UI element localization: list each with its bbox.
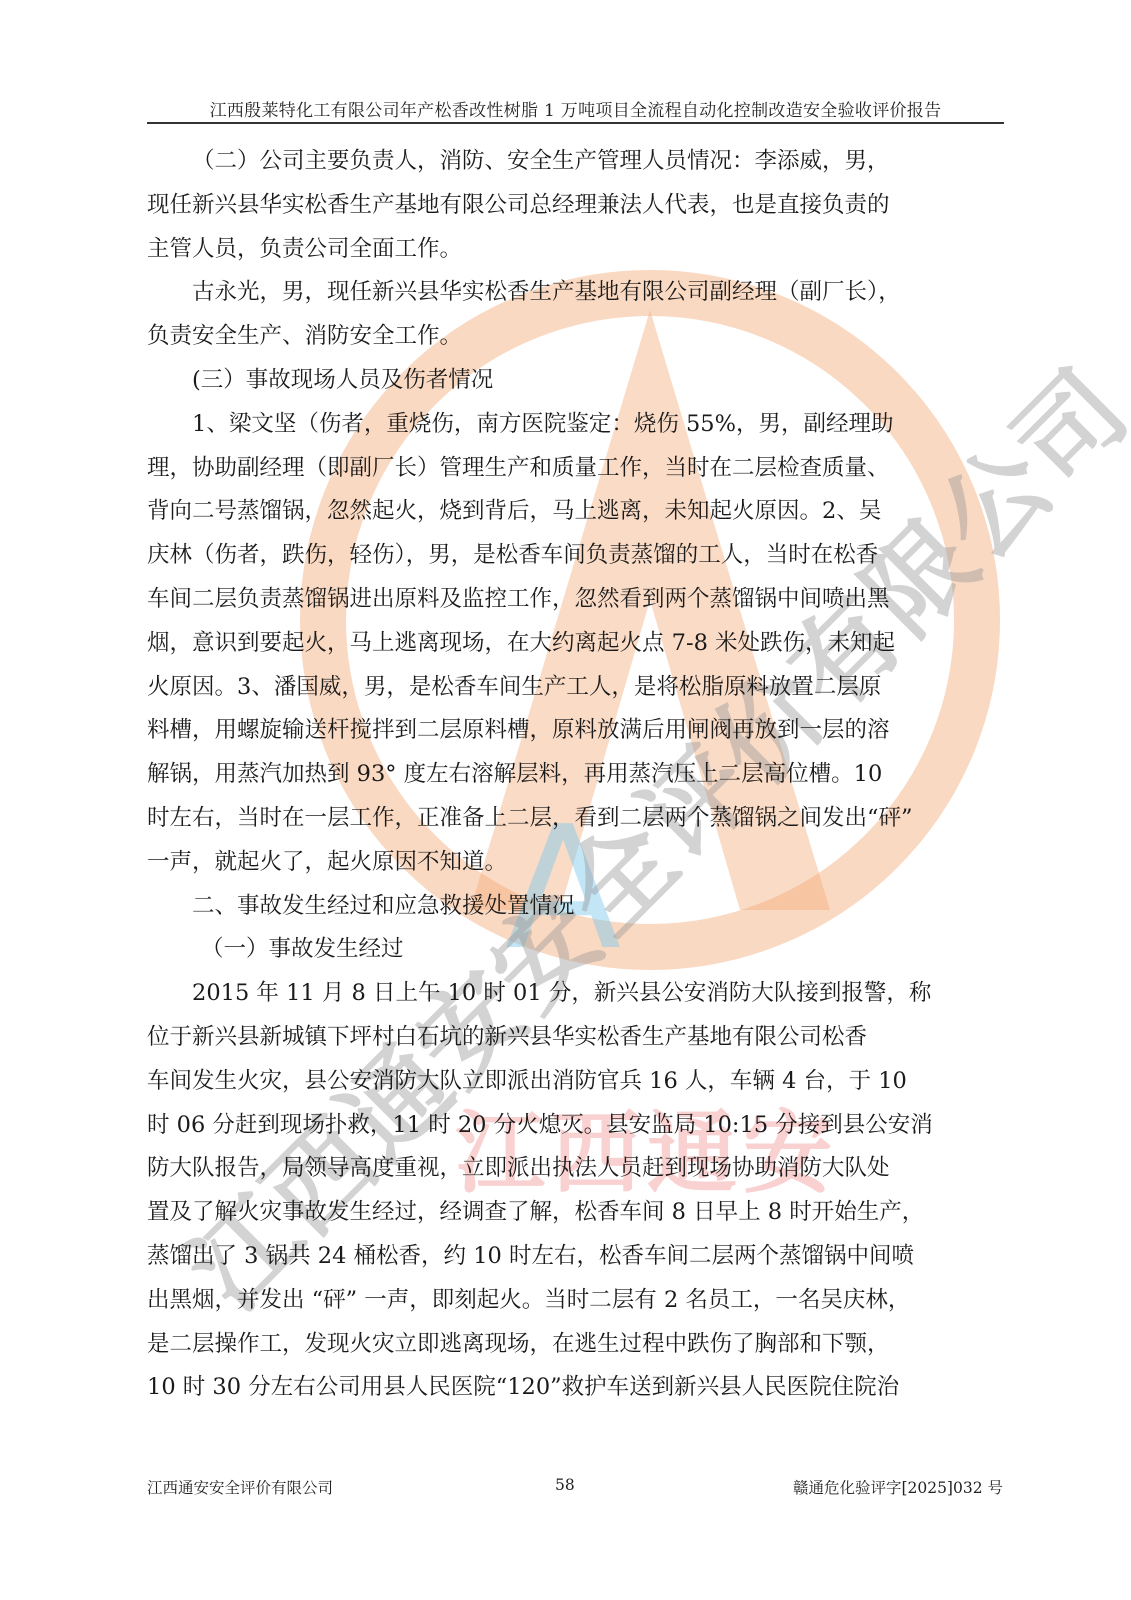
text-line: 10 时 30 分左右公司用县人民医院“120”救护车送到新兴县人民医院住院治 [147,1366,1004,1410]
text-line: 车间发生火灾，县公安消防大队立即派出消防官兵 16 人，车辆 4 台，于 10 [147,1060,1004,1104]
text-line: 二、事故发生经过和应急救援处置情况 [147,885,1004,929]
text-line: 出黑烟，并发出 “砰” 一声，即刻起火。当时二层有 2 名员工，一名吴庆林， [147,1279,1004,1323]
footer-doc-number: 赣通危化验评字[2025]032 号 [793,1476,1003,1498]
text-line: （二）公司主要负责人，消防、安全生产管理人员情况：李添威，男， [147,140,1004,184]
text-line: 位于新兴县新城镇下坪村白石坑的新兴县华实松香生产基地有限公司松香 [147,1016,1004,1060]
footer-page-number: 58 [555,1476,575,1494]
text-line: 2015 年 11 月 8 日上午 10 时 01 分，新兴县公安消防大队接到报… [147,972,1004,1016]
document-body: （二）公司主要负责人，消防、安全生产管理人员情况：李添威，男，现任新兴县华实松香… [147,140,1004,1410]
text-line: 一声，就起火了，起火原因不知道。 [147,841,1004,885]
text-line: （一）事故发生经过 [147,928,1004,972]
text-line: 理，协助副经理（即副厂长）管理生产和质量工作，当时在二层检查质量、 [147,447,1004,491]
header-divider [147,122,1004,124]
text-line: 背向二号蒸馏锅，忽然起火，烧到背后，马上逃离，未知起火原因。2、吴 [147,490,1004,534]
text-line: (三）事故现场人员及伤者情况 [147,359,1004,403]
text-line: 防大队报告，局领导高度重视，立即派出执法人员赶到现场协助消防大队处 [147,1147,1004,1191]
footer-company: 江西通安安全评价有限公司 [147,1476,333,1498]
text-line: 料槽，用螺旋输送杆搅拌到二层原料槽，原料放满后用闸阀再放到一层的溶 [147,709,1004,753]
text-line: 时 06 分赶到现场扑救，11 时 20 分火熄灭。县安监局 10:15 分接到… [147,1104,1004,1148]
text-line: 庆林（伤者，跌伤，轻伤），男，是松香车间负责蒸馏的工人，当时在松香 [147,534,1004,578]
text-line: 解锅，用蒸汽加热到 93° 度左右溶解层料，再用蒸汽压上二层高位槽。10 [147,753,1004,797]
text-line: 置及了解火灾事故发生经过，经调查了解，松香车间 8 日早上 8 时开始生产， [147,1191,1004,1235]
text-line: 1、梁文坚（伤者，重烧伤，南方医院鉴定：烧伤 55%，男，副经理助 [147,403,1004,447]
text-line: 主管人员，负责公司全面工作。 [147,228,1004,272]
text-line: 是二层操作工，发现火灾立即逃离现场，在逃生过程中跌伤了胸部和下颚， [147,1323,1004,1367]
text-line: 时左右，当时在一层工作，正准备上二层，看到二层两个蒸馏锅之间发出“砰” [147,797,1004,841]
text-line: 火原因。3、潘国威，男，是松香车间生产工人，是将松脂原料放置二层原 [147,666,1004,710]
text-line: 负责安全生产、消防安全工作。 [147,315,1004,359]
text-line: 现任新兴县华实松香生产基地有限公司总经理兼法人代表，也是直接负责的 [147,184,1004,228]
running-header-title: 江西殷莱特化工有限公司年产松香改性树脂 1 万吨项目全流程自动化控制改造安全验收… [147,96,1004,121]
text-line: 蒸馏出了 3 锅共 24 桶松香，约 10 时左右，松香车间二层两个蒸馏锅中间喷 [147,1235,1004,1279]
text-line: 烟，意识到要起火，马上逃离现场，在大约离起火点 7-8 米处跌伤，未知起 [147,622,1004,666]
text-line: 车间二层负责蒸馏锅进出原料及监控工作，忽然看到两个蒸馏锅中间喷出黑 [147,578,1004,622]
text-line: 古永光，男，现任新兴县华实松香生产基地有限公司副经理（副厂长）， [147,271,1004,315]
